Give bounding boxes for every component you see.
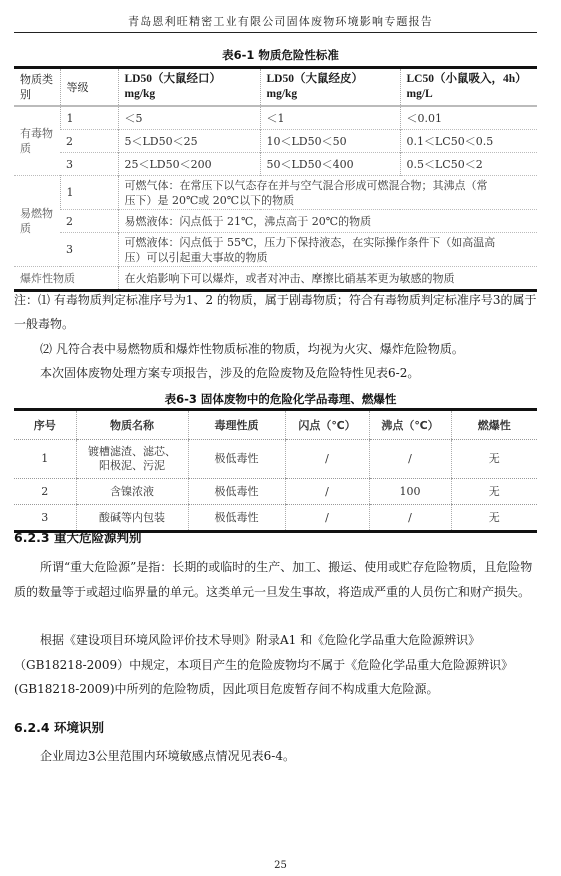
table2-caption: 表6-3 固体废物中的危险化学品毒理、燃爆性 [0,391,561,407]
note-3: 本次固体废物处理方案专项报告，涉及的危险废物及危险特性见表6-2。 [40,361,540,385]
category-flammable: 易燃物质 [14,176,60,267]
running-header: 青岛恩利旺精密工业有限公司固体废物环境影响专题报告 [0,13,561,29]
ld50-dermal-cell: 10＜LD50＜50 [260,130,400,153]
category-toxic: 有毒物质 [14,106,60,176]
flash-point-cell: / [285,440,369,479]
header-category: 物质类别 [14,68,60,107]
no-cell: 1 [14,440,76,479]
explosive-cell: 无 [451,440,537,479]
flash-point-cell: / [285,505,369,532]
table-header-row: 物质类别 等级 LD50（大鼠经口）mg/kg LD50（大鼠经皮）mg/kg … [14,68,537,107]
paragraph: 所谓“重大危险源”是指：长期的或临时的生产、加工、搬运、使用或贮存危险物质，且危… [14,555,537,604]
lc50-cell: 0.5＜LC50＜2 [400,153,537,176]
table-row: 3 可燃液体：闪点低于 55℃，压力下保持液态，在实际操作条件下（如高温高压）可… [14,233,537,267]
header-rule [14,32,537,33]
header-ld50-oral: LD50（大鼠经口）mg/kg [118,68,260,107]
boiling-point-cell: 100 [369,479,451,505]
flash-point-cell: / [285,479,369,505]
header-flash-point: 闪点（℃） [285,410,369,440]
name-cell: 镀槽滤渣、滤芯、阳极泥、污泥 [76,440,188,479]
table-row: 3 25＜LD50＜200 50＜LD50＜400 0.5＜LC50＜2 [14,153,537,176]
header-lc50: LC50（小鼠吸入，4h）mg/L [400,68,537,107]
boiling-point-cell: / [369,440,451,479]
lc50-cell: ＜0.01 [400,106,537,130]
grade-cell: 1 [60,176,118,210]
grade-cell: 2 [60,210,118,233]
table-row: 易燃物质 1 可燃气体：在常压下以气态存在并与空气混合形成可燃混合物；其沸点（常… [14,176,537,210]
table-row: 2 易燃液体：闪点低于 21℃，沸点高于 20℃的物质 [14,210,537,233]
table-row: 1 镀槽滤渣、滤芯、阳极泥、污泥 极低毒性 / / 无 [14,440,537,479]
ld50-oral-cell: ＜5 [118,106,260,130]
section-heading-6-2-3: 6.2.3 重大危险源判别 [14,528,141,546]
note-1: 注：⑴ 有毒物质判定标准序号为1、2 的物质，属于剧毒物质；符合有毒物质判定标准… [14,288,544,336]
hazard-standard-table: 物质类别 等级 LD50（大鼠经口）mg/kg LD50（大鼠经皮）mg/kg … [14,66,537,292]
description-cell: 在火焰影响下可以爆炸，或者对冲击、摩擦比硝基苯更为敏感的物质 [118,267,537,291]
header-ld50-dermal: LD50（大鼠经皮）mg/kg [260,68,400,107]
ld50-oral-cell: 5＜LD50＜25 [118,130,260,153]
ld50-dermal-cell: 50＜LD50＜400 [260,153,400,176]
explosive-cell: 无 [451,479,537,505]
header-no: 序号 [14,410,76,440]
header-boiling-point: 沸点（℃） [369,410,451,440]
table-row: 有毒物质 1 ＜5 ＜1 ＜0.01 [14,106,537,130]
table-header-row: 序号 物质名称 毒理性质 闪点（℃） 沸点（℃） 燃爆性 [14,410,537,440]
header-grade: 等级 [60,68,118,107]
toxicity-cell: 极低毒性 [188,505,285,532]
table-row: 2 含镍浓液 极低毒性 / 100 无 [14,479,537,505]
page-number: 25 [0,860,561,871]
ld50-dermal-cell: ＜1 [260,106,400,130]
toxicity-cell: 极低毒性 [188,440,285,479]
note-2: ⑵ 凡符合表中易燃物质和爆炸性物质标准的物质，均视为火灾、爆炸危险物质。 [40,337,540,361]
table1-caption: 表6-1 物质危险性标准 [0,47,561,63]
description-cell: 可燃气体：在常压下以气态存在并与空气混合形成可燃混合物；其沸点（常压下）是 20… [118,176,537,210]
hazardous-chemicals-table: 序号 物质名称 毒理性质 闪点（℃） 沸点（℃） 燃爆性 1 镀槽滤渣、滤芯、阳… [14,408,537,533]
description-cell: 易燃液体：闪点低于 21℃，沸点高于 20℃的物质 [118,210,537,233]
grade-cell: 3 [60,153,118,176]
paragraph: 企业周边3公里范围内环境敏感点情况见表6-4。 [14,744,537,769]
ld50-oral-cell: 25＜LD50＜200 [118,153,260,176]
table-row: 爆炸性物质 在火焰影响下可以爆炸，或者对冲击、摩擦比硝基苯更为敏感的物质 [14,267,537,291]
table-row: 2 5＜LD50＜25 10＜LD50＜50 0.1＜LC50＜0.5 [14,130,537,153]
lc50-cell: 0.1＜LC50＜0.5 [400,130,537,153]
explosive-cell: 无 [451,505,537,532]
header-name: 物质名称 [76,410,188,440]
paragraph: 根据《建设项目环境风险评价技术导则》附录A1 和《危险化学品重大危险源辨识》（G… [14,628,537,702]
name-cell: 含镍浓液 [76,479,188,505]
header-toxicity: 毒理性质 [188,410,285,440]
no-cell: 2 [14,479,76,505]
grade-cell: 2 [60,130,118,153]
boiling-point-cell: / [369,505,451,532]
grade-cell: 1 [60,106,118,130]
grade-cell: 3 [60,233,118,267]
description-cell: 可燃液体：闪点低于 55℃，压力下保持液态，在实际操作条件下（如高温高压）可以引… [118,233,537,267]
toxicity-cell: 极低毒性 [188,479,285,505]
section-heading-6-2-4: 6.2.4 环境识别 [14,718,104,736]
category-explosive: 爆炸性物质 [14,267,118,291]
header-explosive: 燃爆性 [451,410,537,440]
